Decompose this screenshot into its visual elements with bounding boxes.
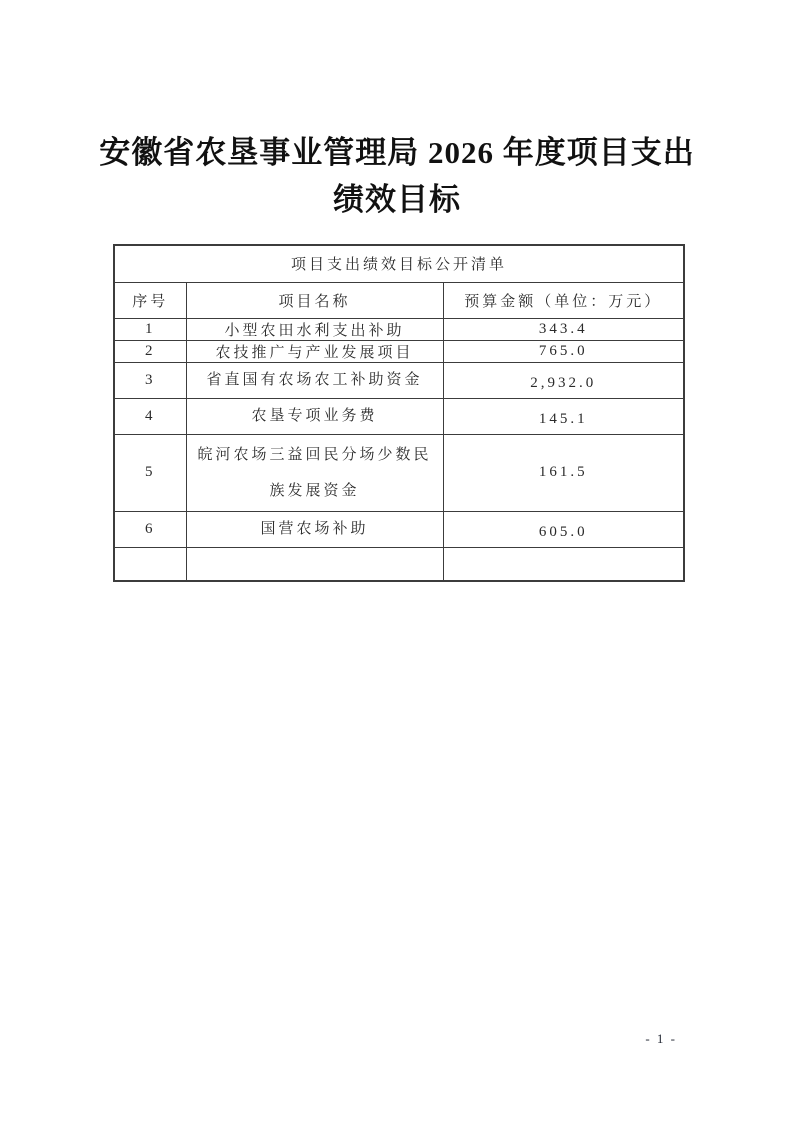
table-caption: 项目支出绩效目标公开清单	[114, 245, 684, 282]
cell-project-name	[186, 547, 443, 581]
document-page: 安徽省农垦事业管理局 2026 年度项目支出 绩效目标 项目支出绩效目标公开清单…	[0, 0, 794, 1123]
table-row-empty	[114, 547, 684, 581]
header-serial-no: 序号	[114, 282, 186, 318]
cell-project-name: 国营农场补助	[186, 511, 443, 547]
table-row: 3 省直国有农场农工补助资金 2,932.0	[114, 362, 684, 398]
cell-serial-no	[114, 547, 186, 581]
table-row: 1 小型农田水利支出补助 343.4	[114, 318, 684, 340]
cell-project-name: 省直国有农场农工补助资金	[186, 362, 443, 398]
document-title: 安徽省农垦事业管理局 2026 年度项目支出 绩效目标	[57, 129, 737, 223]
table-header-row: 序号 项目名称 预算金额（单位：万元）	[114, 282, 684, 318]
header-budget-amount: 预算金额（单位：万元）	[443, 282, 684, 318]
table-row: 2 农技推广与产业发展项目 765.0	[114, 340, 684, 362]
table-row: 4 农垦专项业务费 145.1	[114, 398, 684, 434]
cell-budget-amount: 605.0	[443, 511, 684, 547]
title-line-2: 绩效目标	[57, 176, 737, 223]
page-number: - 1 -	[645, 1031, 677, 1047]
cell-serial-no: 1	[114, 318, 186, 340]
cell-project-name: 农技推广与产业发展项目	[186, 340, 443, 362]
cell-project-name: 小型农田水利支出补助	[186, 318, 443, 340]
title-line-1: 安徽省农垦事业管理局 2026 年度项目支出	[57, 129, 737, 176]
cell-budget-amount: 2,932.0	[443, 362, 684, 398]
cell-project-name: 皖河农场三益回民分场少数民族发展资金	[186, 434, 443, 511]
performance-target-table: 项目支出绩效目标公开清单 序号 项目名称 预算金额（单位：万元） 1 小型农田水…	[113, 244, 685, 582]
cell-budget-amount: 161.5	[443, 434, 684, 511]
cell-budget-amount: 145.1	[443, 398, 684, 434]
table-row: 5 皖河农场三益回民分场少数民族发展资金 161.5	[114, 434, 684, 511]
cell-serial-no: 4	[114, 398, 186, 434]
cell-budget-amount: 765.0	[443, 340, 684, 362]
cell-budget-amount	[443, 547, 684, 581]
cell-project-name: 农垦专项业务费	[186, 398, 443, 434]
table-caption-row: 项目支出绩效目标公开清单	[114, 245, 684, 282]
table-row: 6 国营农场补助 605.0	[114, 511, 684, 547]
cell-budget-amount: 343.4	[443, 318, 684, 340]
cell-serial-no: 6	[114, 511, 186, 547]
cell-serial-no: 2	[114, 340, 186, 362]
cell-serial-no: 3	[114, 362, 186, 398]
cell-serial-no: 5	[114, 434, 186, 511]
header-project-name: 项目名称	[186, 282, 443, 318]
